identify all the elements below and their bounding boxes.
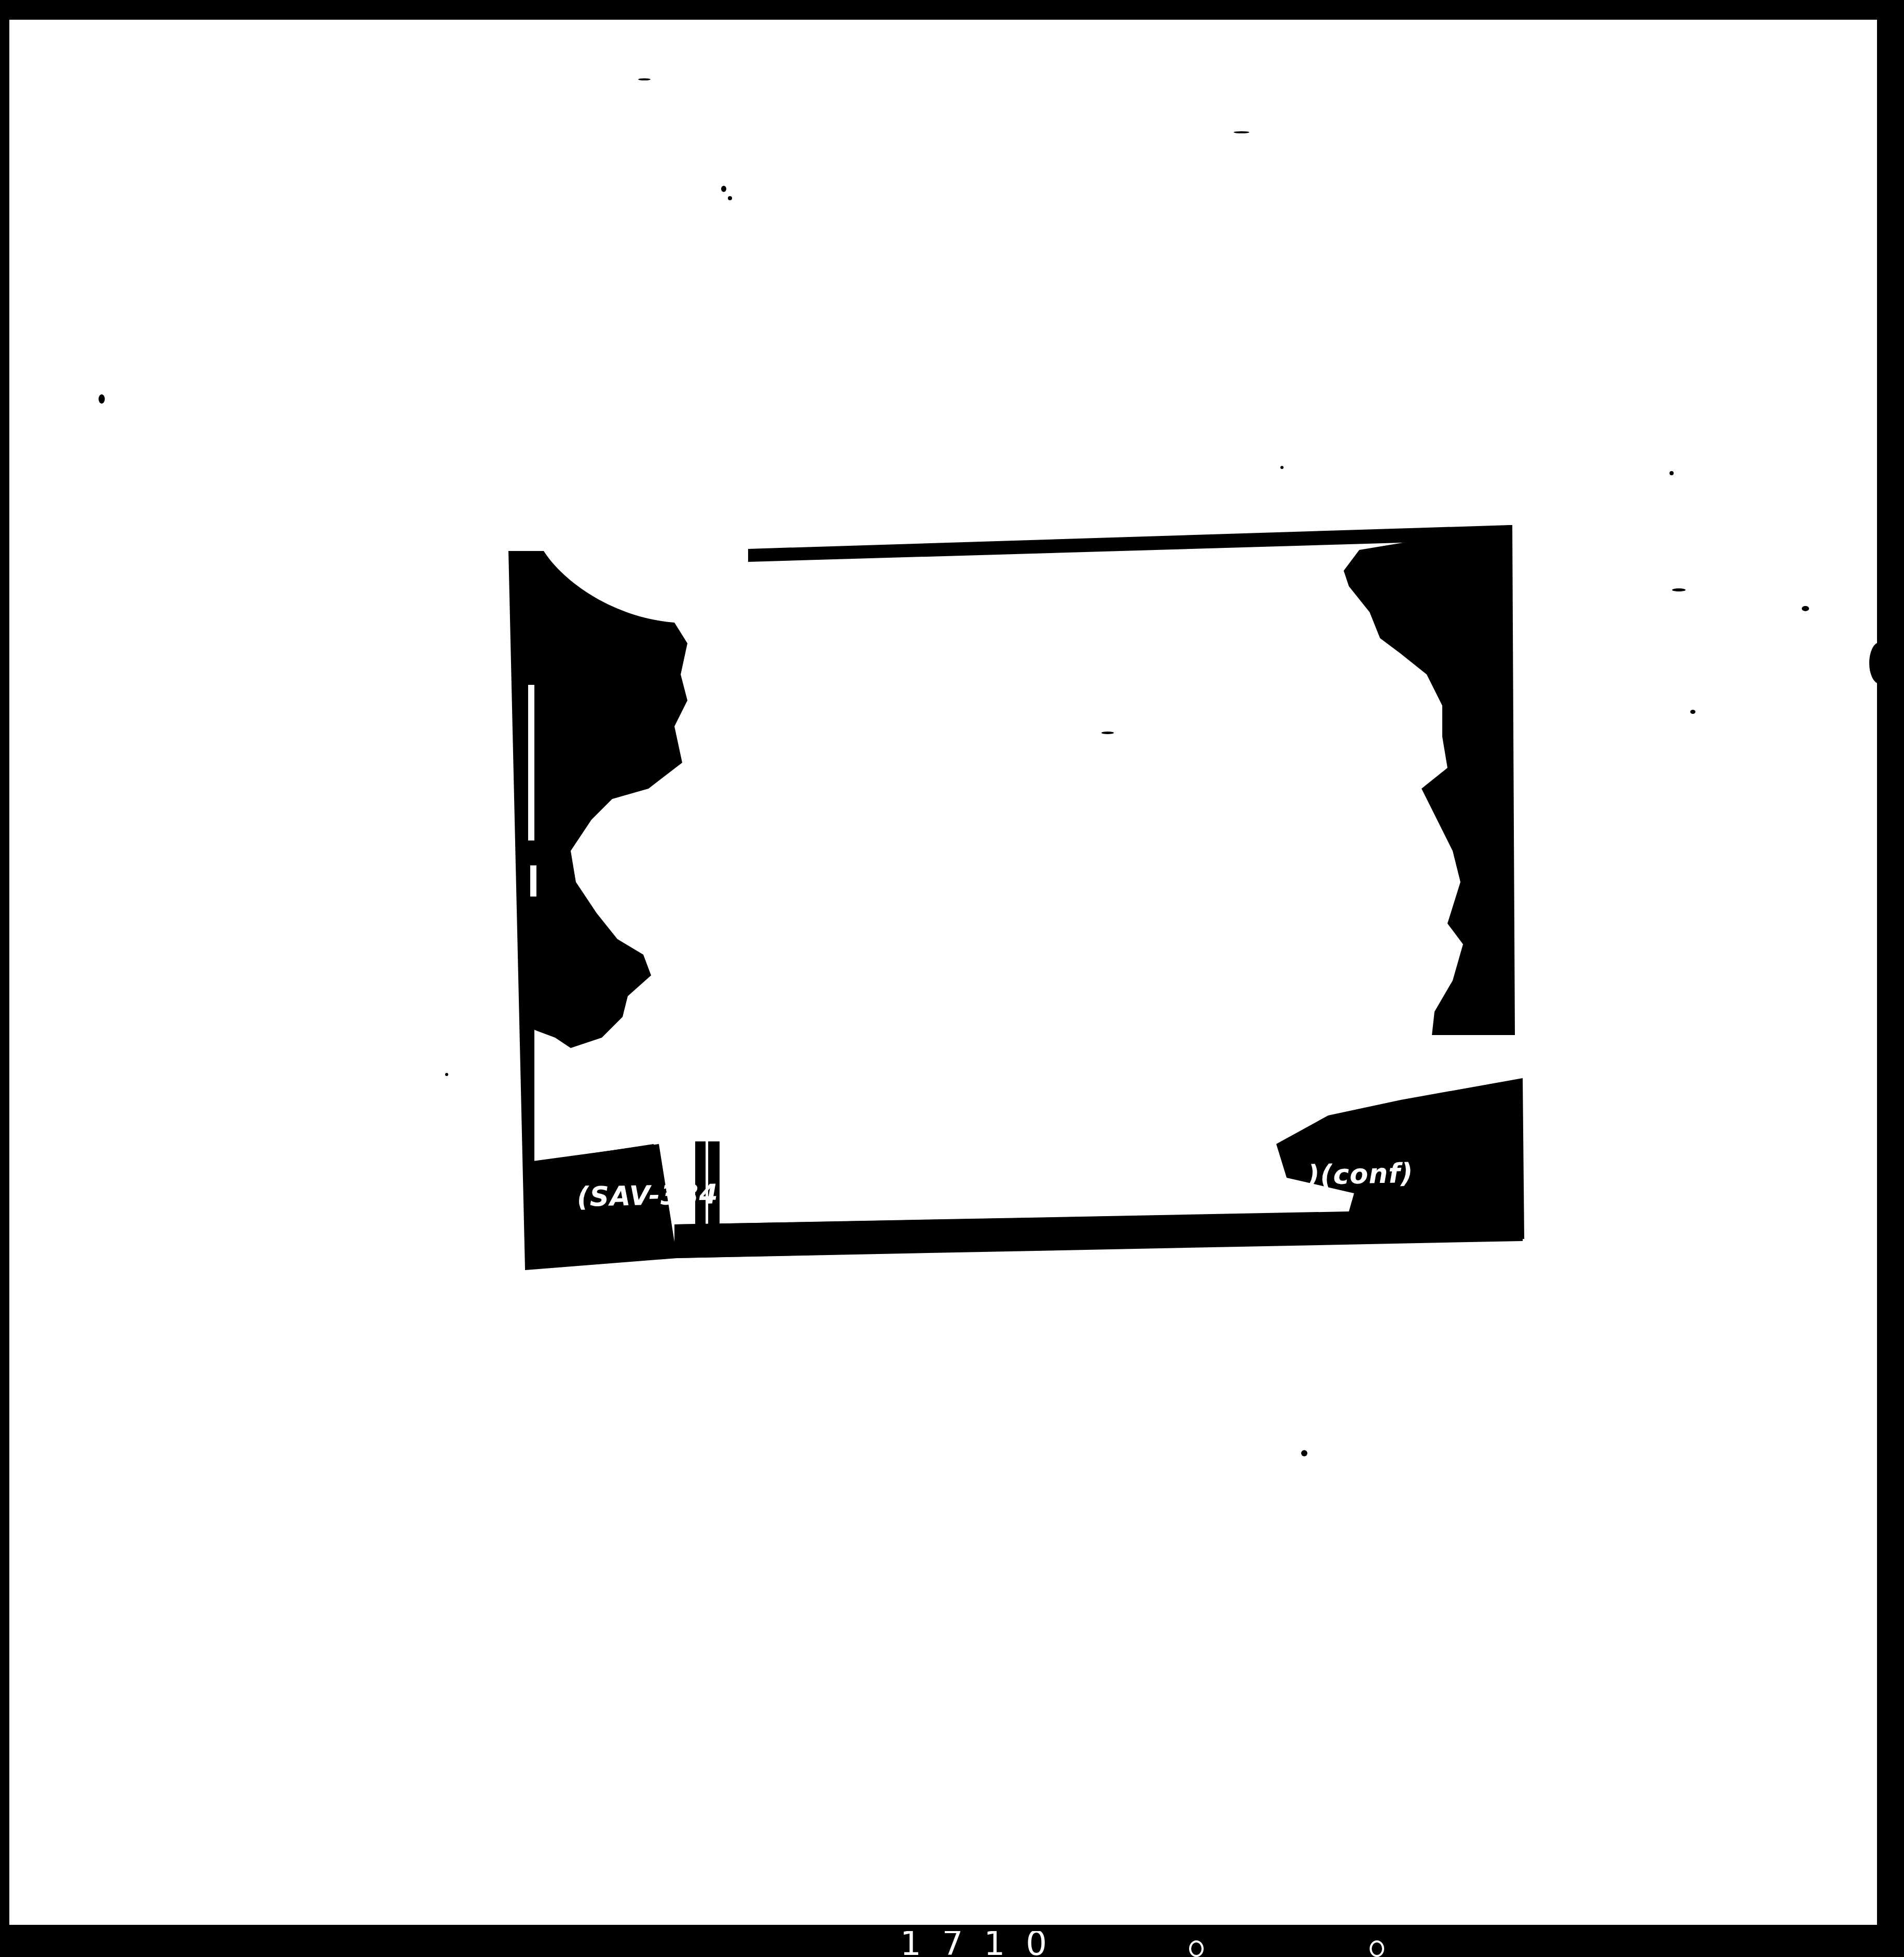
scan-speck <box>1672 588 1686 591</box>
scan-speck <box>1670 471 1674 475</box>
registration-mark <box>1189 1940 1204 1957</box>
scanned-sheet <box>9 20 1877 1925</box>
scan-speck <box>99 394 105 404</box>
scan-speck <box>1802 606 1809 611</box>
sheet-edge-tear <box>1869 642 1890 684</box>
scan-speck <box>1101 732 1114 734</box>
sheet-edge-notch <box>544 27 606 41</box>
scan-speck <box>638 78 651 80</box>
scan-speck <box>728 196 732 200</box>
scan-speck <box>1301 1450 1307 1456</box>
scan-speck <box>1234 131 1249 133</box>
registration-mark <box>1370 1940 1384 1957</box>
scan-speck <box>721 186 726 192</box>
scan-speck <box>1690 710 1695 714</box>
scan-speck <box>445 1073 448 1076</box>
frame-number: 1710 <box>900 1931 1068 1957</box>
scan-speck <box>1280 466 1284 469</box>
scan-speck <box>1363 567 1380 569</box>
